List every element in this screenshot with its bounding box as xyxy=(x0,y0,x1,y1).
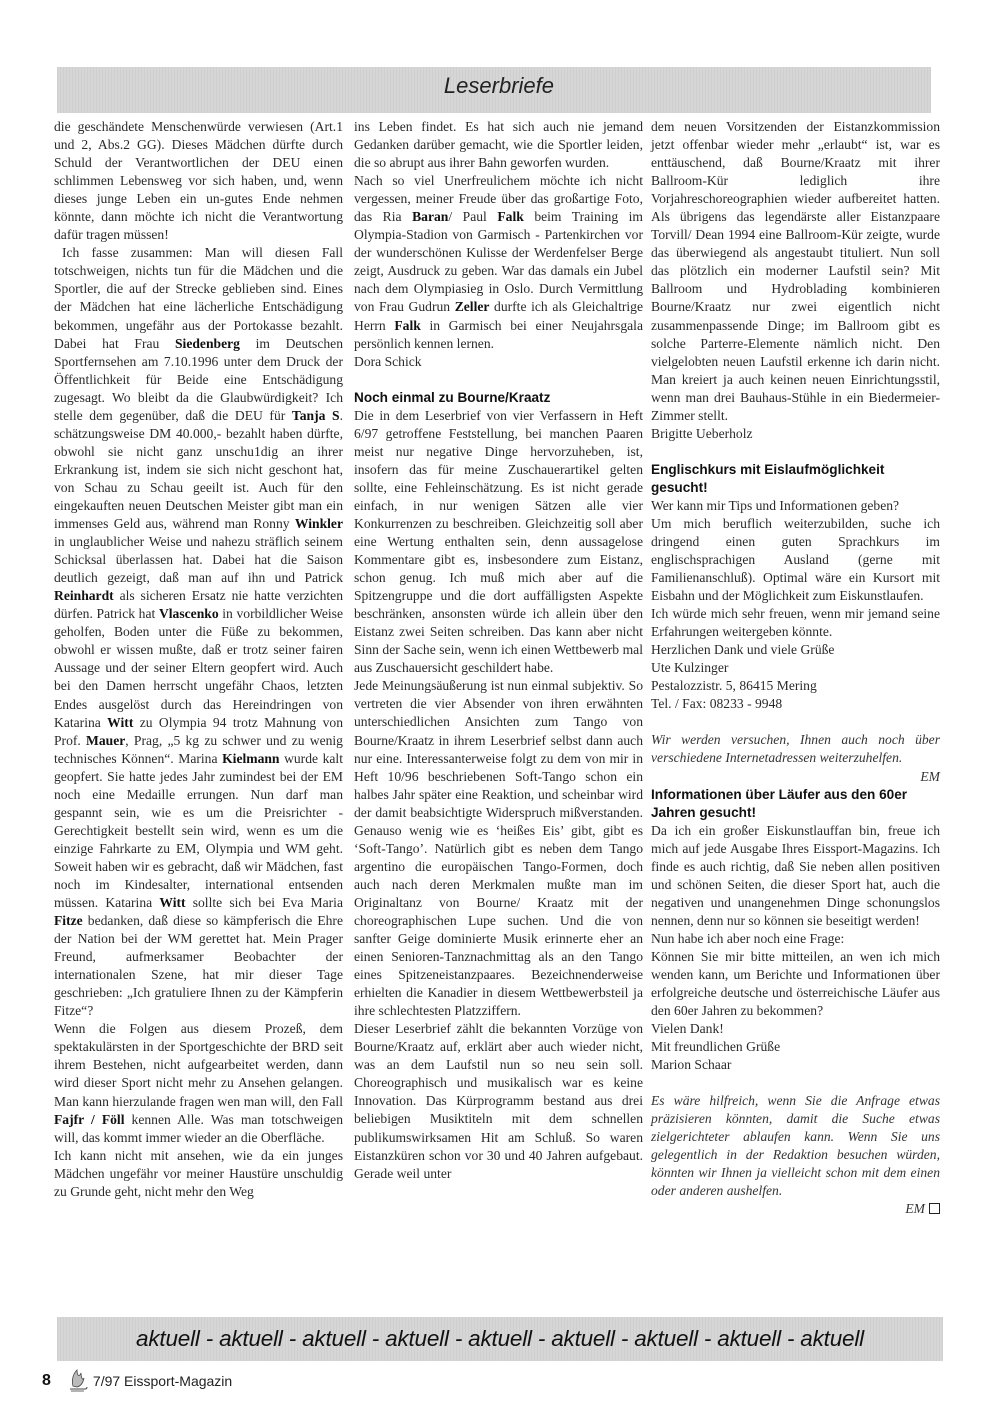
column-2: ins Leben findet. Es hat sich auch nie j… xyxy=(354,118,643,1183)
letter-signature: Brigitte Ueberholz xyxy=(651,425,940,443)
paragraph: Ich fasse zusammen: Man will diesen Fall… xyxy=(54,244,343,1020)
phone: Tel. / Fax: 08233 - 9948 xyxy=(651,695,940,713)
paragraph: Dieser Leserbrief zählt die bekannten Vo… xyxy=(354,1020,643,1182)
paragraph: ins Leben findet. Es hat sich auch nie j… xyxy=(354,118,643,172)
ticker-text: aktuell - aktuell - aktuell - aktuell - … xyxy=(136,1326,864,1351)
page-footer: 8 7/97 Eissport-Magazin xyxy=(42,1369,232,1393)
end-of-article-box-icon xyxy=(929,1203,940,1214)
letter-signature: Dora Schick xyxy=(354,353,643,371)
letter-heading: Informationen über Läufer aus den 60er J… xyxy=(651,786,940,822)
footer-ticker-banner: aktuell - aktuell - aktuell - aktuell - … xyxy=(57,1317,943,1361)
bold-name: Winkler xyxy=(295,516,343,531)
bold-name: Baran xyxy=(412,209,448,224)
letter-heading: Englischkurs mit Eislaufmöglichkeit gesu… xyxy=(651,461,940,497)
bold-name: Vlascenko xyxy=(159,606,219,621)
editor-signature: EM xyxy=(905,1201,925,1216)
paragraph: die geschändete Menschenwürde verwiesen … xyxy=(54,118,343,244)
bold-name: Mauer xyxy=(86,733,125,748)
column-1: die geschändete Menschenwürde verwiesen … xyxy=(54,118,343,1201)
editor-note: Wir werden versuchen, Ihnen auch noch üb… xyxy=(651,731,940,767)
skate-bird-logo-icon xyxy=(67,1369,89,1393)
paragraph: Die in dem Leserbrief von vier Verfasser… xyxy=(354,407,643,678)
paragraph: Nach so viel Unerfreulichem möchte ich n… xyxy=(354,172,643,352)
bold-name: Falk xyxy=(394,318,420,333)
letter-signature: Ute Kulzinger xyxy=(651,659,940,677)
publication-issue: 7/97 Eissport-Magazin xyxy=(93,1373,232,1389)
bold-name: Siedenberg xyxy=(175,336,240,351)
bold-name: Fajfr / Föll xyxy=(54,1112,124,1127)
paragraph: Nun habe ich aber noch eine Frage: xyxy=(651,930,940,948)
editor-signature: EM xyxy=(651,768,940,786)
section-header-banner: Leserbriefe xyxy=(57,67,931,113)
bold-name: Fitze xyxy=(54,913,83,928)
paragraph: Da ich ein großer Eiskunstlauffan bin, f… xyxy=(651,822,940,930)
paragraph: Jede Meinungsäußerung ist nun einmal sub… xyxy=(354,677,643,1020)
editor-note: Es wäre hilfreich, wenn Sie die Anfrage … xyxy=(651,1092,940,1200)
paragraph: Um mich beruflich weiterzubilden, suche … xyxy=(651,515,940,605)
paragraph: Wer kann mir Tips und Informationen gebe… xyxy=(651,497,940,515)
paragraph: Vielen Dank! xyxy=(651,1020,940,1038)
paragraph: Herzlichen Dank und viele Grüße xyxy=(651,641,940,659)
bold-name: Witt xyxy=(159,895,185,910)
paragraph: Ich kann nicht mit ansehen, wie da ein j… xyxy=(54,1147,343,1201)
letter-heading: Noch einmal zu Bourne/Kraatz xyxy=(354,389,643,407)
paragraph: Mit freundlichen Grüße xyxy=(651,1038,940,1056)
paragraph: dem neuen Vorsitzenden der Eistanzkommis… xyxy=(651,118,940,425)
bold-name: Witt xyxy=(107,715,133,730)
paragraph: Können Sie mir bitte mitteilen, an wen i… xyxy=(651,948,940,1020)
section-title: Leserbriefe xyxy=(444,73,554,99)
address: Pestalozzistr. 5, 86415 Mering xyxy=(651,677,940,695)
editor-signature-line: EM xyxy=(651,1200,940,1218)
column-3: dem neuen Vorsitzenden der Eistanzkommis… xyxy=(651,118,940,1219)
bold-name: Reinhardt xyxy=(54,588,114,603)
letter-signature: Marion Schaar xyxy=(651,1056,940,1074)
bold-name: Tanja S xyxy=(292,408,340,423)
bold-name: Zeller xyxy=(455,299,490,314)
bold-name: Falk xyxy=(497,209,523,224)
page-number: 8 xyxy=(42,1372,51,1390)
paragraph: Wenn die Folgen aus diesem Prozeß, dem s… xyxy=(54,1020,343,1146)
paragraph: Ich würde mich sehr freuen, wenn mir jem… xyxy=(651,605,940,641)
bold-name: Kielmann xyxy=(222,751,279,766)
